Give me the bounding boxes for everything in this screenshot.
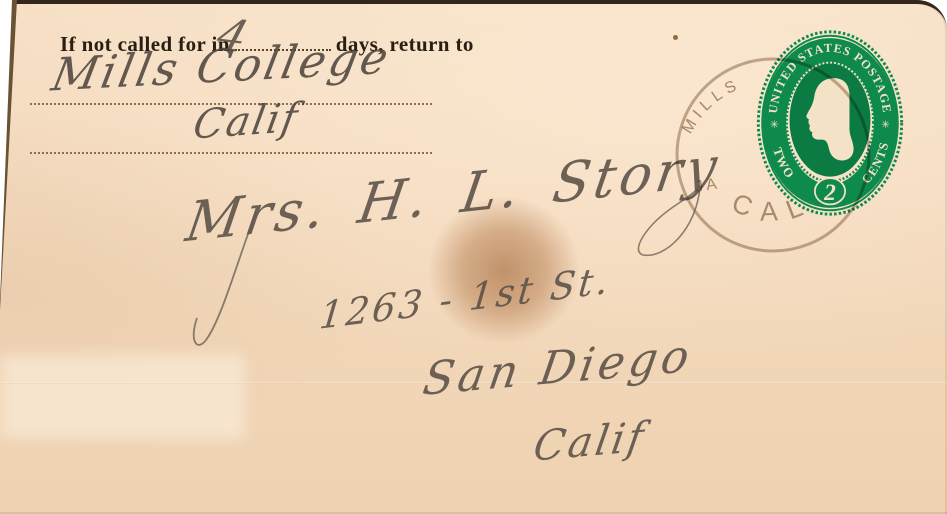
handwritten-return-address-line2: Calif [190, 95, 303, 149]
svg-text:CAL: CAL [728, 188, 818, 227]
paper-light-patch [0, 354, 245, 439]
envelope-paper: If not called for indays, return to 4 Mi… [0, 0, 947, 514]
postmark-date: JA [694, 175, 721, 196]
postmark-state: CAL [728, 188, 818, 227]
handwritten-recipient-city: San Diego [419, 328, 696, 405]
paper-speck [673, 35, 678, 40]
handwritten-recipient-state: Calif [530, 412, 650, 471]
postmark: MILLS JA CAL [668, 50, 878, 260]
stamp-ornament-right-icon: ✳ [881, 119, 890, 131]
return-address-line-2 [30, 152, 432, 154]
envelope-scan: If not called for indays, return to 4 Mi… [0, 0, 947, 514]
